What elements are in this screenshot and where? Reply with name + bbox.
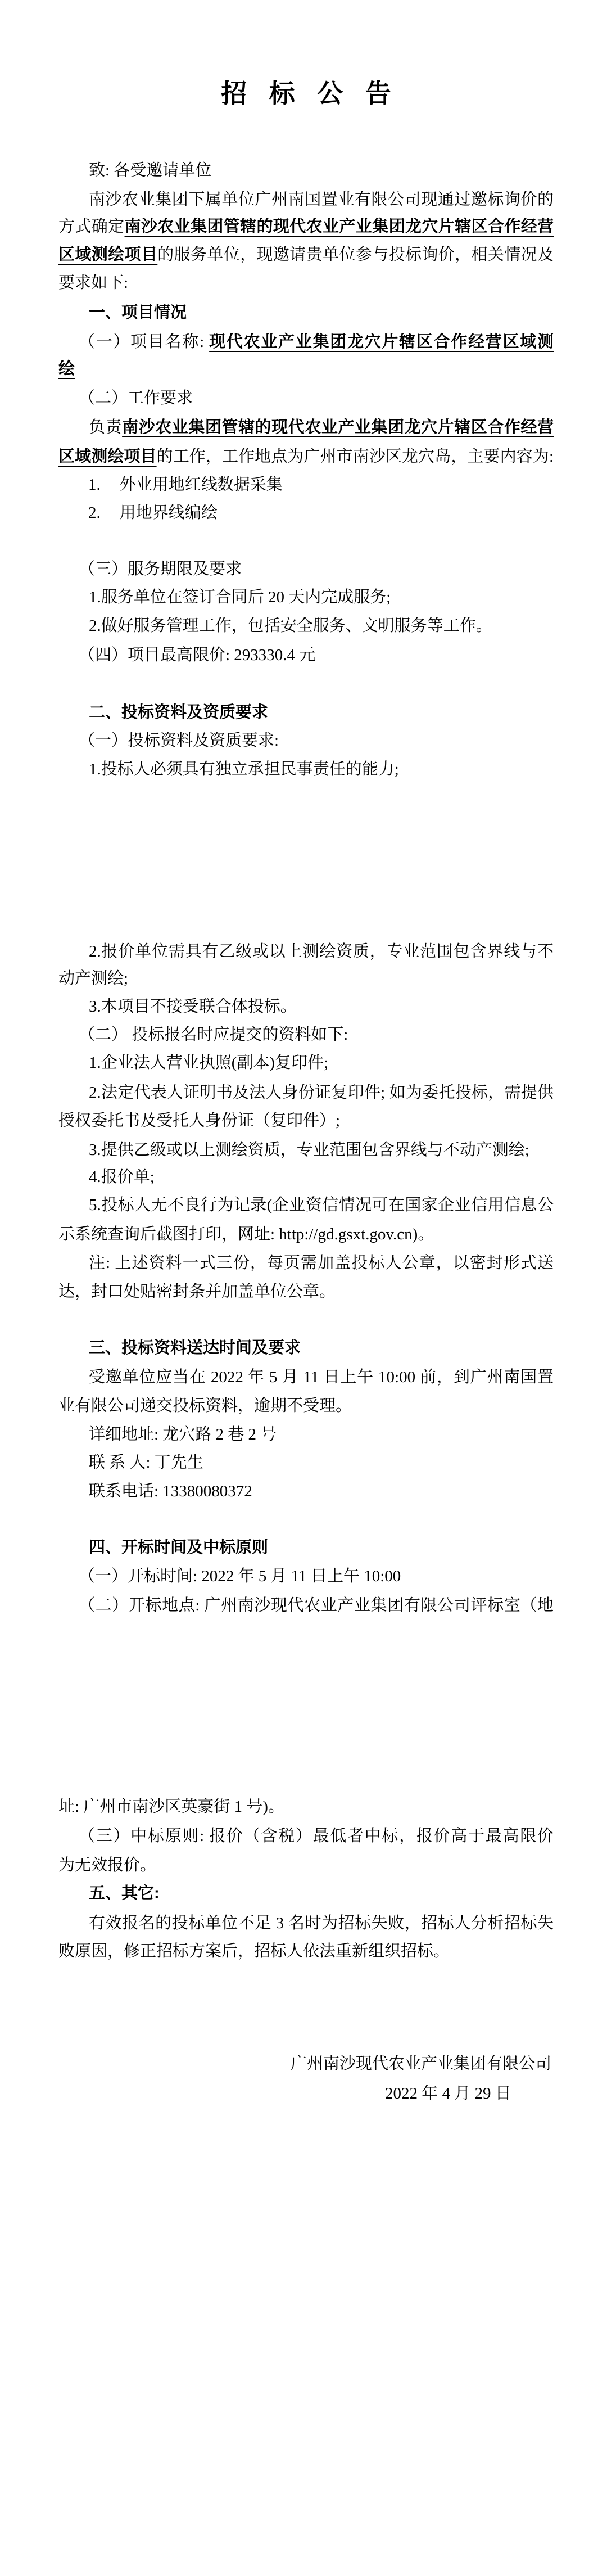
text-segment: 南沙农业集团管辖的现代农业产业集团龙穴片辖区合作经营 bbox=[122, 418, 554, 436]
s3-deadline-line-1: 受邀单位应当在 2022 年 5 月 11 日上午 10:00 前，到广州南国置 bbox=[89, 1363, 554, 1392]
intro-line-4: 要求如下: bbox=[58, 268, 128, 297]
s1-work-list-item-1: 1.外业用地红线数据采集 bbox=[88, 470, 283, 499]
text-segment: 3.提供乙级或以上测绘资质，专业范围包含界线与不动产测绘; bbox=[89, 1141, 529, 1159]
doc-title: 招 标 公 告 bbox=[58, 78, 554, 110]
text-segment: 南沙农业集团管辖的现代农业产业集团龙穴片辖区合作经营 bbox=[125, 218, 554, 236]
s1-service-term-heading: （三）服务期限及要求 bbox=[79, 554, 242, 584]
text-segment: 广州南沙现代农业产业集团有限公司 bbox=[291, 2055, 551, 2073]
text-segment: 五、其它: bbox=[89, 1884, 160, 1902]
text-segment: 5.投标人无不良行为记录(企业资信情况可在国家企业信用信息公 bbox=[89, 1196, 554, 1214]
s2-document-3: 3.提供乙级或以上测绘资质，专业范围包含界线与不动产测绘; bbox=[89, 1135, 529, 1165]
text-segment: 2022 年 4 月 29 日 bbox=[385, 2085, 511, 2103]
text-segment: 受邀单位应当在 2022 年 5 月 11 日上午 10:00 前，到广州南国置 bbox=[89, 1368, 554, 1386]
s4-open-place-line-2: 址: 广州市南沙区英豪街 1 号)。 bbox=[58, 1792, 284, 1821]
text-segment: 1. bbox=[88, 476, 101, 494]
text-segment: 的工作，工作地点为广州市南沙区龙穴岛，主要内容为: bbox=[157, 448, 554, 466]
s2-qualification-3: 3.本项目不接受联合体投标。 bbox=[89, 992, 297, 1021]
text-segment: 址: 广州市南沙区英豪街 1 号)。 bbox=[58, 1798, 284, 1816]
text-segment: 示系统查询后截图打印，网址: http://gd.gsxt.gov.cn)。 bbox=[58, 1225, 434, 1243]
text-segment: （四）项目最高限价: 293330.4 元 bbox=[79, 646, 315, 664]
text-segment: 为无效报价。 bbox=[58, 1856, 156, 1874]
text-segment: 用地界线编绘 bbox=[120, 504, 218, 522]
s1-work-line-2: 区域测绘项目的工作，工作地点为广州市南沙区龙穴岛，主要内容为: bbox=[58, 442, 554, 471]
s1-work-requirement-heading: （二）工作要求 bbox=[79, 384, 193, 413]
text-segment: （二）开标地点: 广州南沙现代农业产业集团有限公司评标室（地 bbox=[79, 1596, 554, 1614]
text-segment: 详细地址: 龙穴路 2 巷 2 号 bbox=[89, 1425, 277, 1443]
text-segment: （一）开标时间: 2022 年 5 月 11 日上午 10:00 bbox=[79, 1567, 401, 1585]
text-segment: 要求如下: bbox=[58, 274, 128, 292]
text-segment: 2.报价单位需具有乙级或以上测绘资质，专业范围包含界线与不 bbox=[89, 942, 554, 960]
text-segment: 的服务单位，现邀请贵单位参与投标询价，相关情况及 bbox=[157, 246, 554, 264]
s3-contact-person-line: 联 系 人: 丁先生 bbox=[89, 1448, 203, 1477]
text-segment: 绘 bbox=[58, 360, 75, 378]
text-segment: 联 系 人: 丁先生 bbox=[89, 1454, 203, 1472]
text-segment: （一）项目名称: bbox=[79, 333, 209, 351]
text-segment: 四、开标时间及中标原则 bbox=[89, 1539, 268, 1557]
s2-sub1-heading: （一）投标资料及资质要求: bbox=[79, 726, 279, 755]
s1-service-term-2: 2.做好服务管理工作，包括安全服务、文明服务等工作。 bbox=[89, 611, 492, 640]
s1-project-name-line-2: 绘 bbox=[58, 354, 75, 384]
intro-line-3: 区域测绘项目的服务单位，现邀请贵单位参与投标询价，相关情况及 bbox=[58, 240, 554, 269]
text-segment: （二） 投标报名时应提交的资料如下: bbox=[79, 1026, 348, 1044]
text-segment: 授权委托书及受托人身份证（复印件）; bbox=[58, 1112, 340, 1130]
text-segment: 方式确定 bbox=[58, 218, 125, 236]
s1-work-list-item-2: 2.用地界线编绘 bbox=[88, 498, 218, 527]
text-segment: 1.企业法人营业执照(副本)复印件; bbox=[89, 1054, 328, 1072]
text-segment: 区域测绘项目 bbox=[58, 448, 157, 466]
s4-open-time-line: （一）开标时间: 2022 年 5 月 11 日上午 10:00 bbox=[79, 1562, 401, 1591]
salutation-line: 致: 各受邀请单位 bbox=[89, 156, 211, 185]
text-segment: 负责 bbox=[89, 418, 122, 436]
text-segment: 区域测绘项目 bbox=[58, 246, 157, 264]
s2-document-1: 1.企业法人营业执照(副本)复印件; bbox=[89, 1048, 328, 1077]
s2-qualification-2-line-1: 2.报价单位需具有乙级或以上测绘资质，专业范围包含界线与不 bbox=[89, 937, 554, 966]
signature-date: 2022 年 4 月 29 日 bbox=[385, 2079, 511, 2108]
text-segment: （二）工作要求 bbox=[79, 389, 193, 407]
text-segment: （三）服务期限及要求 bbox=[79, 560, 242, 578]
s4-award-rule-line-2: 为无效报价。 bbox=[58, 1851, 156, 1880]
text-segment: 南沙农业集团下属单位广州南国置业有限公司现通过邀标询价的 bbox=[89, 191, 554, 209]
text-segment: （一）投标资料及资质要求: bbox=[79, 732, 279, 750]
s4-open-place-line-1: （二）开标地点: 广州南沙现代农业产业集团有限公司评标室（地 bbox=[79, 1591, 554, 1620]
s2-document-5-line-2: 示系统查询后截图打印，网址: http://gd.gsxt.gov.cn)。 bbox=[58, 1220, 434, 1249]
text-segment: 有效报名的投标单位不足 3 名时为招标失败，招标人分析招标失 bbox=[89, 1914, 554, 1932]
s2-document-2-line-1: 2.法定代表人证明书及法人身份证复印件; 如为委托投标，需提供 bbox=[89, 1078, 554, 1107]
s1-project-name-line-1: （一）项目名称: 现代农业产业集团龙穴片辖区合作经营区域测 bbox=[79, 327, 554, 357]
text-segment: 1.服务单位在签订合同后 20 天内完成服务; bbox=[89, 588, 391, 606]
s1-service-term-1: 1.服务单位在签订合同后 20 天内完成服务; bbox=[89, 583, 391, 612]
text-segment: 4.报价单; bbox=[89, 1168, 155, 1186]
section2-heading: 二、投标资料及资质要求 bbox=[89, 698, 268, 727]
s2-note-line-1: 注: 上述资料一式三份，每页需加盖投标人公章，以密封形式送 bbox=[89, 1248, 554, 1278]
text-segment: 一、项目情况 bbox=[89, 304, 187, 322]
section3-heading: 三、投标资料送达时间及要求 bbox=[89, 1333, 301, 1363]
s4-award-rule-line-1: （三）中标原则: 报价（含税）最低者中标，报价高于最高限价 bbox=[79, 1821, 554, 1851]
s2-document-2-line-2: 授权委托书及受托人身份证（复印件）; bbox=[58, 1106, 340, 1135]
section5-heading: 五、其它: bbox=[89, 1879, 160, 1908]
text-segment: 外业用地红线数据采集 bbox=[120, 476, 283, 494]
text-segment: 业有限公司递交投标资料，逾期不受理。 bbox=[58, 1397, 352, 1415]
s2-document-4: 4.报价单; bbox=[89, 1162, 155, 1192]
text-segment: 2. bbox=[88, 504, 101, 522]
text-segment: （三）中标原则: 报价（含税）最低者中标，报价高于最高限价 bbox=[79, 1827, 554, 1845]
s2-qualification-2-line-2: 动产测绘; bbox=[58, 964, 128, 993]
text-segment: 致: 各受邀请单位 bbox=[89, 161, 211, 179]
section1-heading: 一、项目情况 bbox=[89, 298, 187, 327]
text-segment: 联系电话: 13380080372 bbox=[89, 1482, 252, 1500]
s1-work-line-1: 负责南沙农业集团管辖的现代农业产业集团龙穴片辖区合作经营 bbox=[89, 413, 554, 442]
text-segment: 败原因，修正招标方案后，招标人依法重新组织招标。 bbox=[58, 1942, 450, 1960]
section4-heading: 四、开标时间及中标原则 bbox=[89, 1533, 268, 1562]
s2-document-5-line-1: 5.投标人无不良行为记录(企业资信情况可在国家企业信用信息公 bbox=[89, 1190, 554, 1220]
s2-sub2-heading: （二） 投标报名时应提交的资料如下: bbox=[79, 1020, 348, 1049]
text-segment: 现代农业产业集团龙穴片辖区合作经营区域测 bbox=[209, 333, 554, 351]
document-page: 招 标 公 告 致: 各受邀请单位南沙农业集团下属单位广州南国置业有限公司现通过… bbox=[0, 0, 607, 2576]
s2-note-line-2: 达，封口处贴密封条并加盖单位公章。 bbox=[58, 1277, 336, 1306]
intro-line-2: 方式确定南沙农业集团管辖的现代农业产业集团龙穴片辖区合作经营 bbox=[58, 212, 554, 241]
s5-body-line-2: 败原因，修正招标方案后，招标人依法重新组织招标。 bbox=[58, 1937, 450, 1966]
text-segment: 达，封口处贴密封条并加盖单位公章。 bbox=[58, 1283, 336, 1301]
text-segment: 1.投标人必须具有独立承担民事责任的能力; bbox=[89, 760, 399, 778]
s2-qualification-1: 1.投标人必须具有独立承担民事责任的能力; bbox=[89, 755, 399, 784]
signature-company: 广州南沙现代农业产业集团有限公司 bbox=[291, 2049, 551, 2078]
text-segment: 2.做好服务管理工作，包括安全服务、文明服务等工作。 bbox=[89, 617, 492, 635]
text-segment: 3.本项目不接受联合体投标。 bbox=[89, 998, 297, 1016]
s1-price-cap-line: （四）项目最高限价: 293330.4 元 bbox=[79, 640, 315, 670]
text-segment: 2.法定代表人证明书及法人身份证复印件; 如为委托投标，需提供 bbox=[89, 1084, 554, 1102]
text-segment: 注: 上述资料一式三份，每页需加盖投标人公章，以密封形式送 bbox=[89, 1254, 554, 1272]
s3-deadline-line-2: 业有限公司递交投标资料，逾期不受理。 bbox=[58, 1391, 352, 1420]
intro-line-1: 南沙农业集团下属单位广州南国置业有限公司现通过邀标询价的 bbox=[89, 185, 554, 214]
text-segment: 动产测绘; bbox=[58, 969, 128, 987]
text-segment: 二、投标资料及资质要求 bbox=[89, 703, 268, 721]
s3-contact-phone-line: 联系电话: 13380080372 bbox=[89, 1477, 252, 1506]
text-segment: 三、投标资料送达时间及要求 bbox=[89, 1339, 301, 1357]
s5-body-line-1: 有效报名的投标单位不足 3 名时为招标失败，招标人分析招标失 bbox=[89, 1909, 554, 1938]
s3-address-line: 详细地址: 龙穴路 2 巷 2 号 bbox=[89, 1420, 277, 1449]
